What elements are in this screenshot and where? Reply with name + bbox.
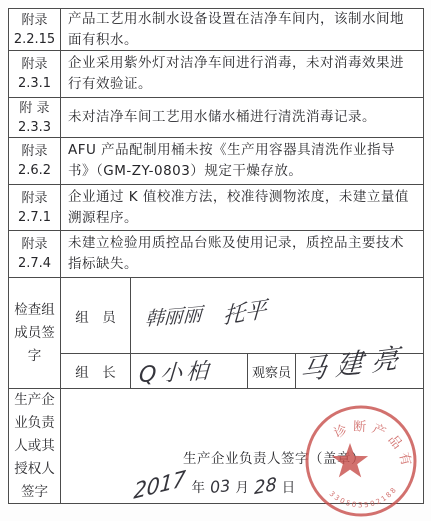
finding-text: 企业采用紫外灯对洁净车间进行消毒，未对消毒效果进行有效验证。 [61, 51, 423, 97]
star-icon [332, 443, 368, 477]
finding-code-label: 附录 [21, 55, 47, 74]
finding-text: 未建立检验用质控品台账及使用记录，质控品主要技术指标缺失。 [61, 231, 423, 277]
finding-row: 附录 2.6.2 AFU 产品配制用桶未按《生产用容器具清洗作业指导书》（GM-… [9, 138, 423, 185]
finding-code-number: 2.7.1 [18, 208, 51, 227]
finding-code-label: 附录 [21, 142, 47, 161]
finding-code: 附录 2.3.1 [9, 51, 61, 97]
finding-code-label: 附 录 [19, 99, 49, 118]
finding-code-number: 2.2.15 [14, 30, 55, 49]
date-month-value: 03 [209, 476, 231, 497]
company-seal-stamp: 诊断产品有限公司 3305035021882 [294, 404, 430, 521]
date-month-unit: 月 [235, 480, 249, 496]
date-year-value: 2017 [133, 466, 187, 504]
leader-signature-row: 组 长 Q小柏 观察员 马建亮 [61, 354, 423, 388]
finding-code: 附录 2.7.4 [9, 231, 61, 277]
leader-signature: Q小柏 [138, 354, 213, 389]
finding-code-number: 2.3.3 [18, 118, 51, 137]
finding-code-label: 附录 [21, 189, 47, 208]
finding-code: 附录 2.6.2 [9, 138, 61, 184]
finding-code-label: 附录 [21, 11, 47, 30]
inspector-signature-section: 检查组成员签字 组 员 韩丽丽 托平 组 长 Q小柏 观察员 [9, 278, 423, 389]
leader-role-label: 组 长 [61, 354, 131, 388]
finding-row: 附录 2.2.15 产品工艺用水制水设备设置在洁净车间内，该制水间地面有积水。 [9, 9, 423, 51]
finding-code: 附 录 2.3.3 [9, 98, 61, 137]
member-role-label: 组 员 [61, 278, 131, 353]
date-day-value: 28 [254, 474, 277, 499]
finding-code: 附录 2.2.15 [9, 9, 61, 50]
inspector-section-label: 检查组成员签字 [9, 278, 61, 388]
scanned-inspection-form: 附录 2.2.15 产品工艺用水制水设备设置在洁净车间内，该制水间地面有积水。 … [0, 0, 431, 521]
observer-role-label: 观察员 [248, 354, 296, 388]
leader-signature-area: Q小柏 [131, 354, 248, 388]
finding-code-number: 2.6.2 [18, 161, 51, 180]
finding-code: 附录 2.7.1 [9, 185, 61, 230]
finding-text: 产品工艺用水制水设备设置在洁净车间内，该制水间地面有积水。 [61, 9, 423, 50]
member-signature: 韩丽丽 [144, 299, 202, 331]
finding-row: 附录 2.7.4 未建立检验用质控品台账及使用记录，质控品主要技术指标缺失。 [9, 231, 423, 278]
finding-row: 附 录 2.3.3 未对洁净车间工艺用水储水桶进行清洗消毒记录。 [9, 98, 423, 138]
signature-date: 2017年03月28日 [133, 473, 298, 497]
observer-signature-area: 马建亮 [296, 354, 423, 388]
member-signature: 托平 [222, 292, 267, 331]
finding-row: 附录 2.3.1 企业采用紫外灯对洁净车间进行消毒，未对消毒效果进行有效验证。 [9, 51, 423, 98]
date-year-unit: 年 [191, 480, 205, 496]
finding-code-label: 附录 [21, 235, 47, 254]
finding-text: 企业通过 K 值校准方法，校准待测物浓度，未建立量值溯源程序。 [61, 185, 423, 230]
finding-text: 未对洁净车间工艺用水储水桶进行清洗消毒记录。 [61, 98, 423, 137]
finding-row: 附录 2.7.1 企业通过 K 值校准方法，校准待测物浓度，未建立量值溯源程序。 [9, 185, 423, 231]
manufacturer-section-label: 生产企业负责人或其授权人签字 [9, 389, 61, 503]
finding-text: AFU 产品配制用桶未按《生产用容器具清洗作业指导书》（GM-ZY-0803）规… [61, 138, 423, 184]
finding-code-number: 2.3.1 [18, 74, 51, 93]
inspector-signature-grid: 组 员 韩丽丽 托平 组 长 Q小柏 观察员 马建亮 [61, 278, 423, 388]
finding-code-number: 2.7.4 [18, 254, 51, 273]
